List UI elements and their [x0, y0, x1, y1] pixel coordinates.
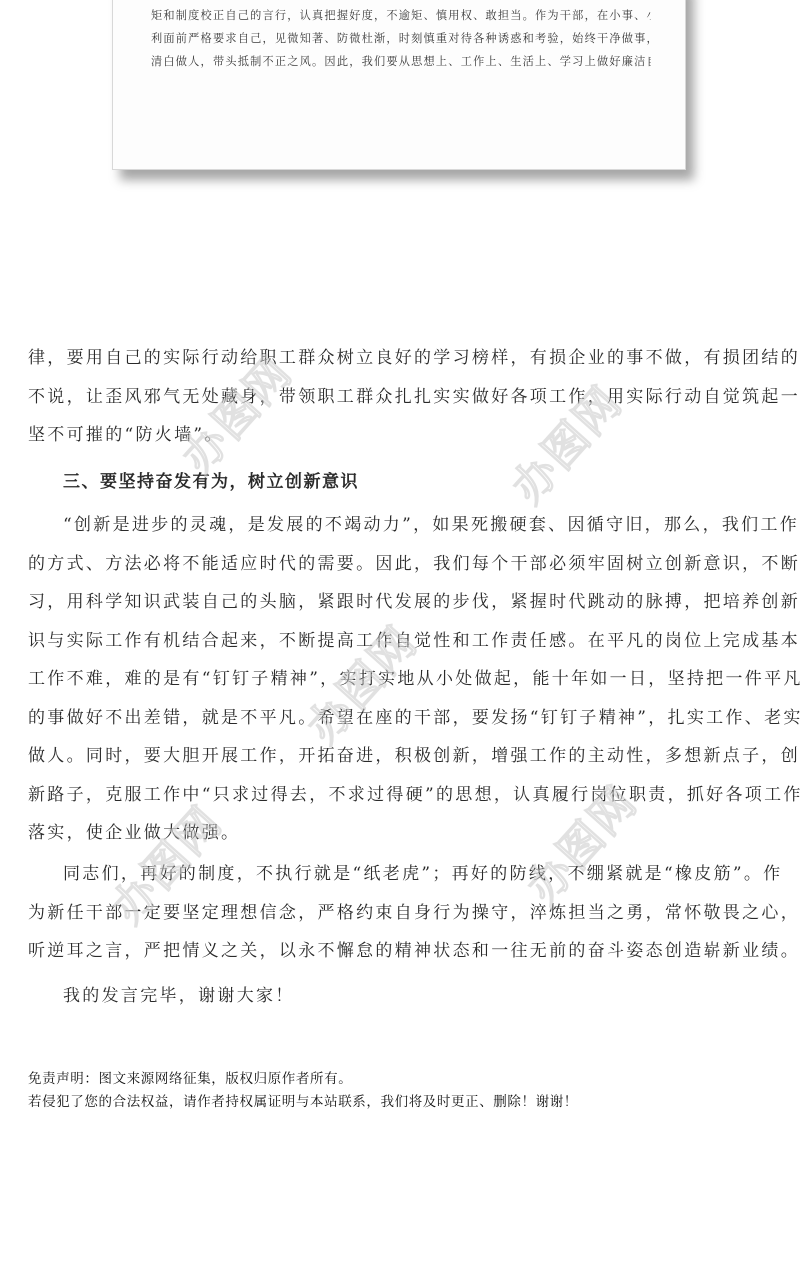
paragraph-continuation: 律，要用自己的实际行动给职工群众树立良好的学习榜样，有损企业的事不做，有损团结的…	[28, 339, 774, 455]
disclaimer: 免责声明：图文来源网络征集，版权归原作者所有。 若侵犯了您的合法权益，请作者持权…	[28, 1068, 578, 1114]
paragraph-line: 坚不可摧的“防火墙”。	[28, 416, 774, 455]
paragraph-line: 的事做好不出差错，就是不平凡。希望在座的干部，要发扬“钉钉子精神”，扎实工作、老…	[28, 699, 774, 738]
disclaimer-line-2: 若侵犯了您的合法权益，请作者持权属证明与本站联系，我们将及时更正、删除！谢谢！	[28, 1091, 578, 1114]
card-line: 利面前严格要求自己，见微知著、防微杜渐，时刻慎重对待各种诱惑和考验，始终干净做事…	[151, 27, 651, 50]
page-preview-card: 矩和制度校正自己的言行，认真把握好度，不逾矩、慎用权、敢担当。作为干部，在小事、…	[112, 0, 686, 170]
paragraph-line: 落实，使企业做大做强。	[28, 814, 774, 853]
paragraph-innovation: “创新是进步的灵魂，是发展的不竭动力”，如果死搬硬套、因循守旧，那么，我们工作 …	[28, 506, 774, 853]
paragraph-line: 不说，让歪风邪气无处藏身，带领职工群众扎扎实实做好各项工作，用实际行动自觉筑起一…	[28, 378, 774, 417]
card-line: 矩和制度校正自己的言行，认真把握好度，不逾矩、慎用权、敢担当。作为干部，在小事、…	[151, 4, 651, 27]
paragraph-line: 为新任干部一定要坚定理想信念，严格约束自身行为操守，淬炼担当之勇，常怀敬畏之心，…	[28, 894, 774, 933]
card-preview-text: 矩和制度校正自己的言行，认真把握好度，不逾矩、慎用权、敢担当。作为干部，在小事、…	[151, 4, 651, 73]
paragraph-conclusion: 同志们，再好的制度，不执行就是“纸老虎”；再好的防线，不绷紧就是“橡皮筋”。作 …	[28, 855, 774, 971]
paragraph-line: 新路子，克服工作中“只求过得去，不求过得硬”的思想，认真履行岗位职责，抓好各项工…	[28, 776, 774, 815]
disclaimer-line-1: 免责声明：图文来源网络征集，版权归原作者所有。	[28, 1068, 578, 1091]
paragraph-line: 同志们，再好的制度，不执行就是“纸老虎”；再好的防线，不绷紧就是“橡皮筋”。作	[28, 855, 774, 894]
paragraph-line: 工作不难，难的是有“钉钉子精神”，实打实地从小处做起，能十年如一日，坚持把一件平…	[28, 660, 774, 699]
card-line: 清白做人，带头抵制不正之风。因此，我们要从思想上、工作上、生活上、学习上做好廉洁…	[151, 50, 651, 73]
section-heading-3: 三、要坚持奋发有为，树立创新意识	[63, 468, 359, 496]
paragraph-line: 的方式、方法必将不能适应时代的需要。因此，我们每个干部必须牢固树立创新意识，不断…	[28, 545, 774, 584]
paragraph-line: 听逆耳之言，严把情义之关，以永不懈怠的精神状态和一往无前的奋斗姿态创造崭新业绩。	[28, 932, 774, 971]
closing-remark: 我的发言完毕，谢谢大家！	[63, 982, 295, 1010]
paragraph-line: 律，要用自己的实际行动给职工群众树立良好的学习榜样，有损企业的事不做，有损团结的…	[28, 339, 774, 378]
paragraph-line: 习，用科学知识武装自己的头脑，紧跟时代发展的步伐，紧握时代跳动的脉搏，把培养创新…	[28, 583, 774, 622]
paragraph-line: “创新是进步的灵魂，是发展的不竭动力”，如果死搬硬套、因循守旧，那么，我们工作	[28, 506, 774, 545]
paragraph-line: 识与实际工作有机结合起来，不断提高工作自觉性和工作责任感。在平凡的岗位上完成基本…	[28, 622, 774, 661]
paragraph-line: 做人。同时，要大胆开展工作，开拓奋进，积极创新，增强工作的主动性，多想新点子，创…	[28, 737, 774, 776]
